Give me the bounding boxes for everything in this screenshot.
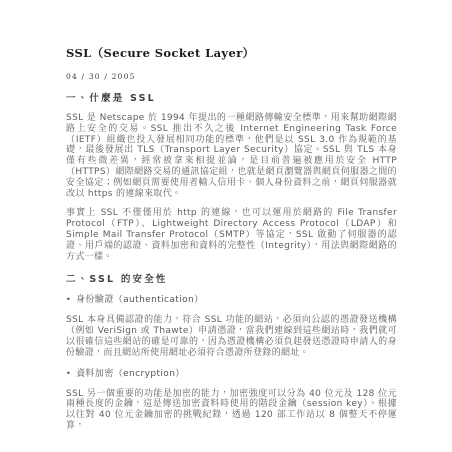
content-column: SSL（Secure Socket Layer） 04 / 30 / 2005 … [0, 0, 452, 432]
body-paragraph: SSL 另一個重要的功能是加密的能力，加密強度可以分為 40 位元及 128 位… [66, 389, 397, 432]
body-paragraph: SSL 本身具備認證的能力，符合 SSL 功能的網站，必須向公認的憑證發送機構（… [66, 315, 397, 358]
bullet-item-encryption: • 資料加密（encryption） [66, 368, 397, 380]
document-page: SSL（Secure Socket Layer） 04 / 30 / 2005 … [0, 0, 452, 452]
bullet-icon: • [66, 368, 71, 379]
bullet-item-label: 資料加密（encryption） [76, 369, 185, 380]
section-heading-what-is-ssl: 一、什麼是 SSL [66, 90, 397, 104]
post-date: 04 / 30 / 2005 [66, 72, 397, 81]
bullet-icon: • [66, 294, 71, 305]
bullet-item-authentication: • 身份驗證（authentication） [66, 294, 397, 306]
body-paragraph: SSL 是 Netscape 於 1994 年提出的一種網路傳輸安全標準，用來幫… [66, 113, 397, 199]
bullet-item-label: 身份驗證（authentication） [76, 295, 203, 306]
body-paragraph: 事實上 SSL 不僅僅用於 http 的連線，也可以運用於網路的 File Tr… [66, 208, 397, 262]
section-heading-ssl-security: 二、SSL 的安全性 [66, 271, 397, 285]
page-title: SSL（Secure Socket Layer） [66, 45, 397, 61]
